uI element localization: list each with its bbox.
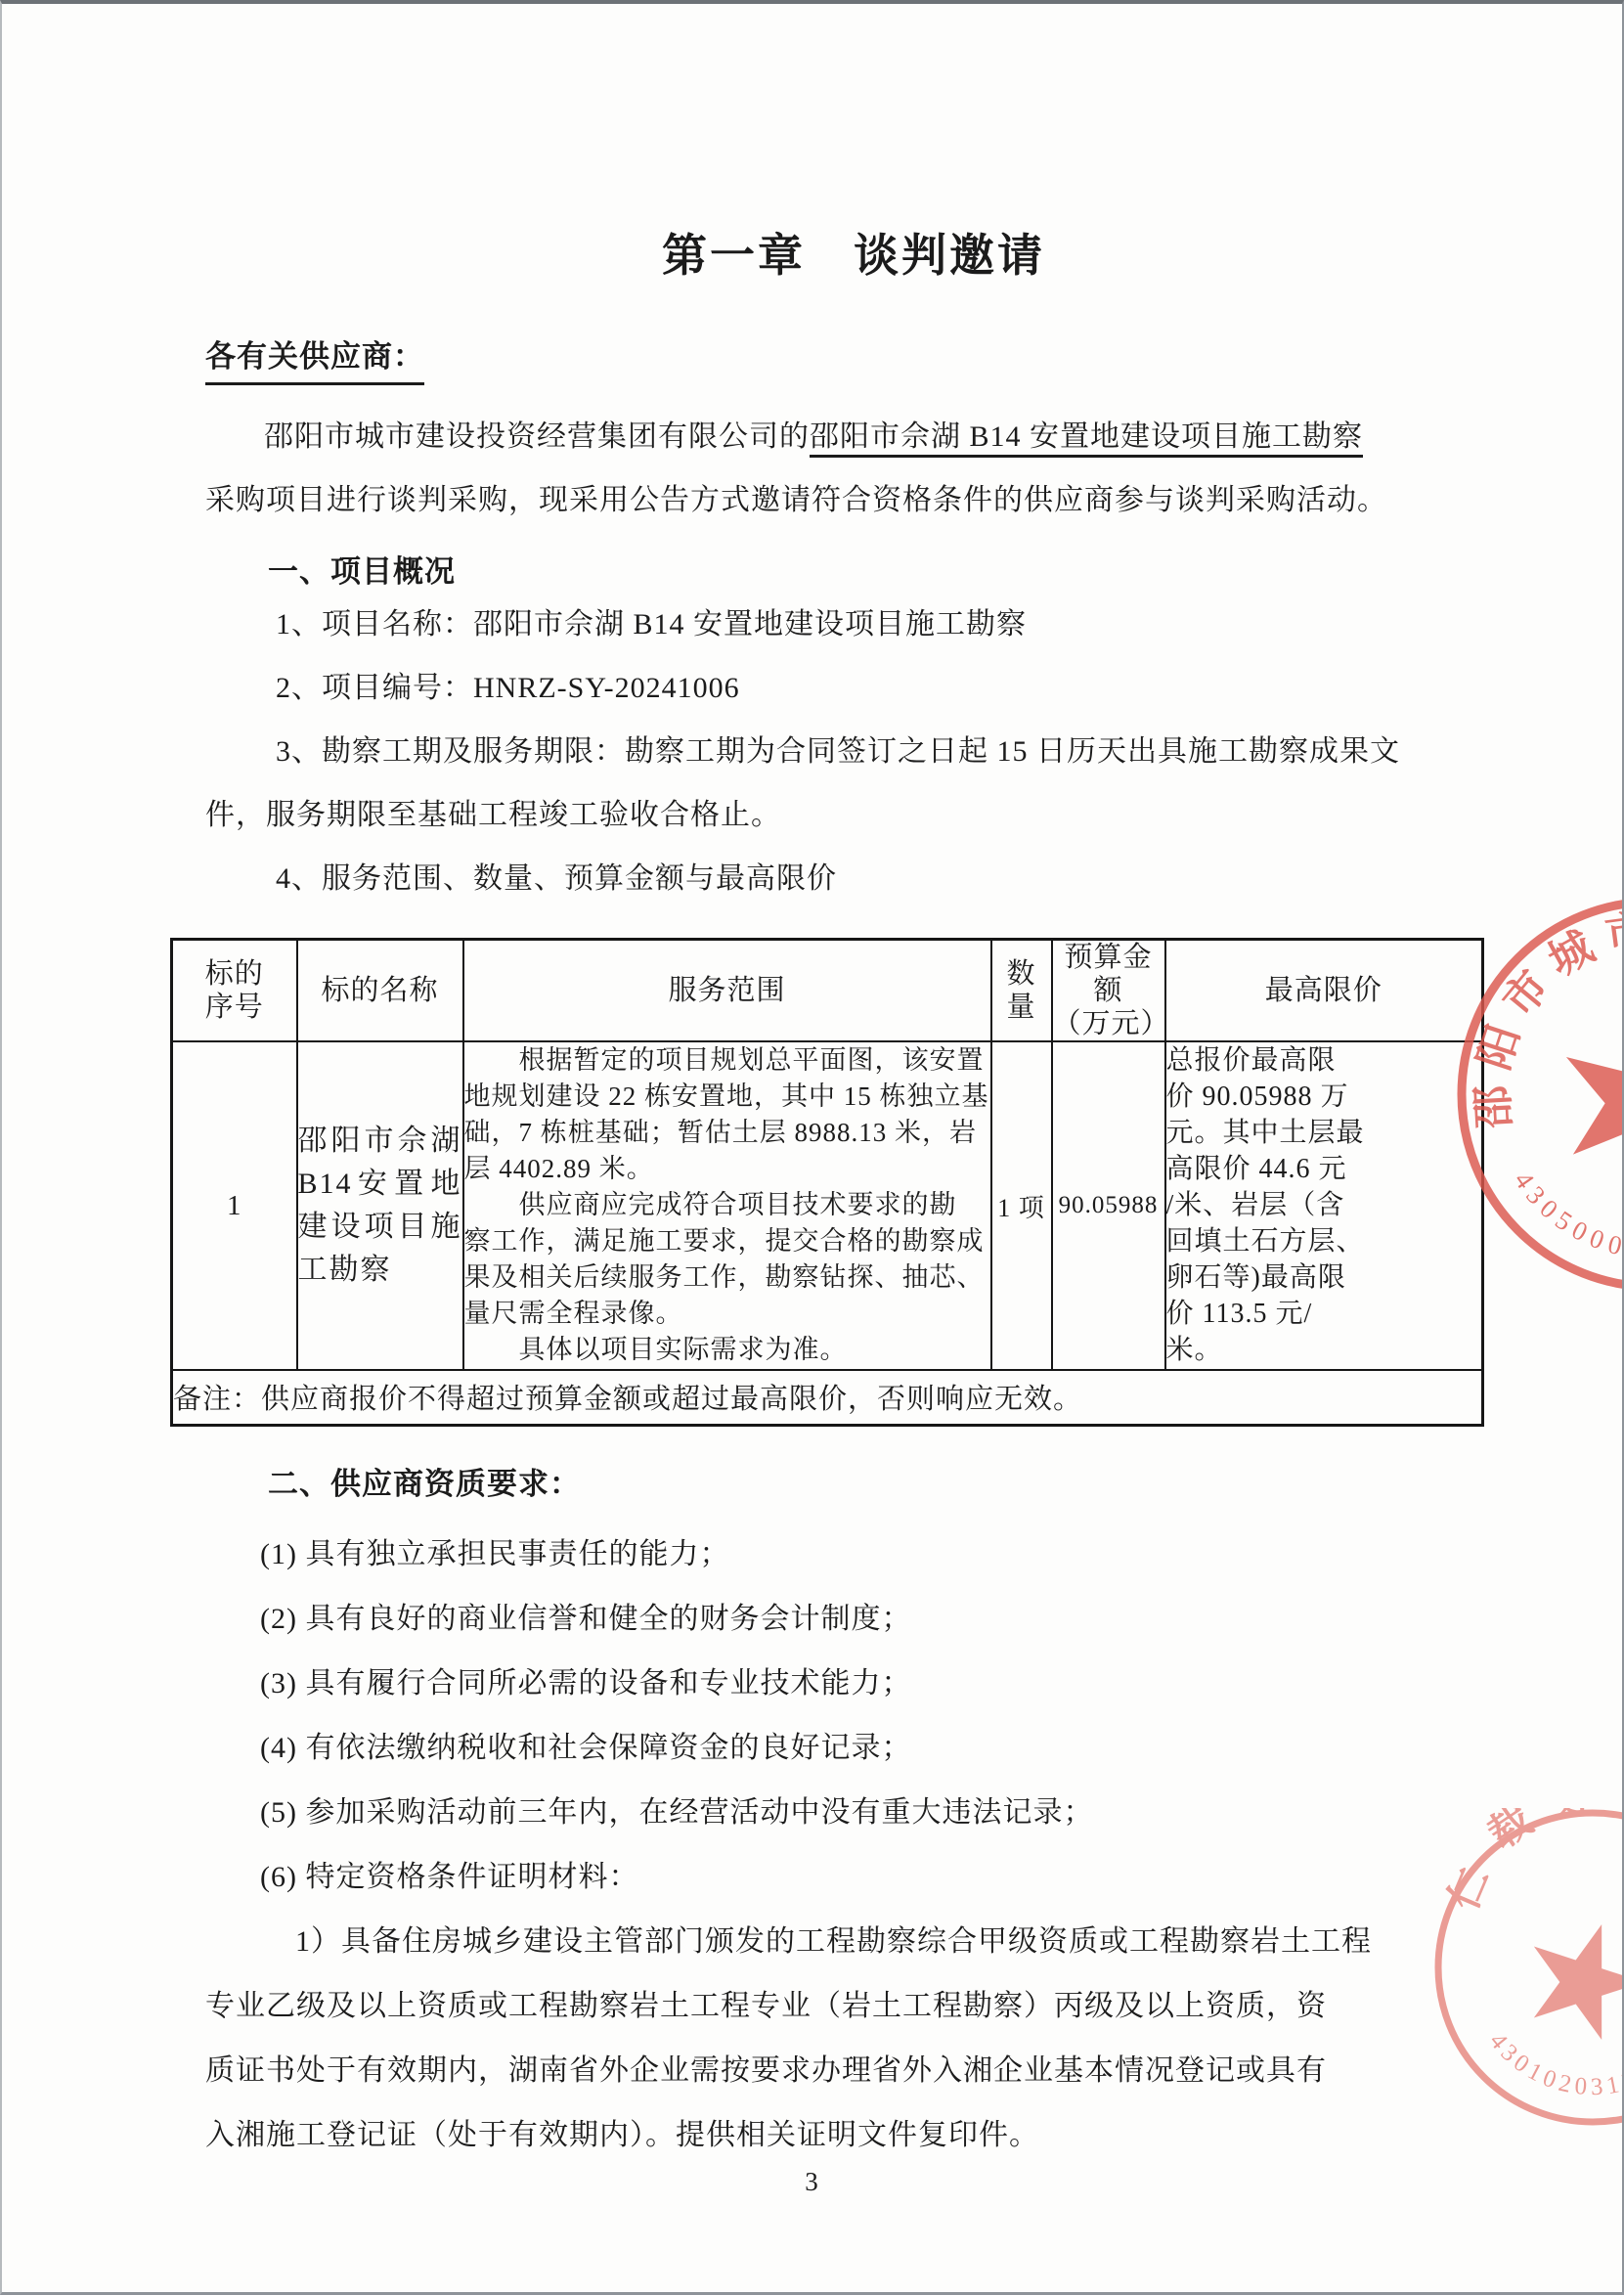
header-lot-no: 标的 序号: [172, 940, 297, 1042]
document-page: 第一章 谈判邀请 各有关供应商： 邵阳市城市建设投资经营集团有限公司的邵阳市佘湖…: [0, 0, 1624, 2295]
qualification-item-6: (6) 特定资格条件证明材料：: [205, 1845, 1502, 1910]
intro-prefix: 邵阳市城市建设投资经营集团有限公司的: [264, 420, 810, 453]
section2-heading: 二、供应商资质要求：: [205, 1464, 1502, 1505]
intro-rest: 采购项目进行谈判采购，现采用公告方式邀请符合资格条件的供应商参与谈判采购活动。: [205, 484, 1387, 516]
intro-paragraph: 邵阳市城市建设投资经营集团有限公司的邵阳市佘湖 B14 安置地建设项目施工勘察采…: [205, 405, 1502, 532]
page-number: 3: [2, 2167, 1622, 2197]
cell-lot-name: 邵阳市佘湖B14安置地建设项目施工勘察: [297, 1041, 463, 1370]
header-budget: 预算金额 （万元）: [1052, 940, 1165, 1042]
list-item-project-number: 2、项目编号：HNRZ-SY-20241006: [205, 656, 1502, 720]
svg-text:4305000111278: 4305000111278: [1509, 1167, 1624, 1265]
seal-serial-number: 4305000111278: [1509, 1167, 1624, 1265]
document-content: 第一章 谈判邀请 各有关供应商： 邵阳市城市建设投资经营集团有限公司的邵阳市佘湖…: [205, 4, 1502, 2168]
cell-service-scope: 根据暂定的项目规划总平面图，该安置 地规划建设 22 栋安置地，其中 15 栋独…: [463, 1041, 991, 1370]
salutation: 各有关供应商：: [205, 334, 424, 385]
header-lot-name: 标的名称: [297, 940, 463, 1042]
qualification-item-5: (5) 参加采购活动前三年内，在经营活动中没有重大违法记录；: [205, 1781, 1502, 1845]
list-item-scope-intro: 4、服务范围、数量、预算金额与最高限价: [205, 847, 1502, 910]
header-service-scope: 服务范围: [463, 940, 991, 1042]
table-header-row: 标的 序号 标的名称 服务范围 数 量 预算金额 （万元） 最高限价: [172, 940, 1483, 1042]
intro-project-name-underlined: 邵阳市佘湖 B14 安置地建设项目施工勘察: [810, 420, 1363, 458]
cell-lot-no: 1: [172, 1041, 297, 1370]
seal-serial-number: 4301020317060: [1484, 2028, 1624, 2100]
procurement-lots-table: 标的 序号 标的名称 服务范围 数 量 预算金额 （万元） 最高限价 1 邵阳市…: [170, 938, 1484, 1427]
header-quantity: 数 量: [991, 940, 1052, 1042]
qualification-certificate-detail: 1）具备住房城乡建设主管部门颁发的工程勘察综合甲级资质或工程勘察岩土工程 专业乙…: [205, 1910, 1502, 2168]
cell-budget: 90.05988: [1052, 1041, 1165, 1370]
svg-text:4301020317060: 4301020317060: [1484, 2028, 1624, 2100]
qualification-item-3: (3) 具有履行合同所必需的设备和专业技术能力；: [205, 1652, 1502, 1716]
section1-heading: 一、项目概况: [205, 552, 1502, 593]
table-remark-row: 备注：供应商报价不得超过预算金额或超过最高限价，否则响应无效。: [172, 1370, 1483, 1425]
list-item-project-name: 1、项目名称：邵阳市佘湖 B14 安置地建设项目施工勘察: [205, 593, 1502, 656]
salutation-row: 各有关供应商：: [205, 334, 1502, 385]
section1-list: 1、项目名称：邵阳市佘湖 B14 安置地建设项目施工勘察 2、项目编号：HNRZ…: [205, 593, 1502, 910]
cell-quantity: 1 项: [991, 1041, 1052, 1370]
qualification-item-4: (4) 有依法缴纳税收和社会保障资金的良好记录；: [205, 1716, 1502, 1781]
chapter-title: 第一章 谈判邀请: [205, 227, 1502, 286]
seal-star: [1544, 1001, 1624, 1185]
cell-price-cap: 总报价最高限 价 90.05988 万 元。其中土层最 高限价 44.6 元 /…: [1165, 1041, 1483, 1370]
qualification-item-1: (1) 具有独立承担民事责任的能力；: [205, 1523, 1502, 1587]
table-row: 1 邵阳市佘湖B14安置地建设项目施工勘察 根据暂定的项目规划总平面图，该安置 …: [172, 1041, 1483, 1370]
qualification-item-2: (2) 具有良好的商业信誉和健全的财务会计制度；: [205, 1587, 1502, 1652]
cell-remark: 备注：供应商报价不得超过预算金额或超过最高限价，否则响应无效。: [172, 1370, 1483, 1425]
header-price-cap: 最高限价: [1165, 940, 1483, 1042]
section2-list: (1) 具有独立承担民事责任的能力； (2) 具有良好的商业信誉和健全的财务会计…: [205, 1523, 1502, 2168]
list-item-survey-period: 3、勘察工期及服务期限：勘察工期为合同签订之日起 15 日历天出具施工勘察成果文…: [205, 720, 1502, 847]
seal-star: [1513, 1907, 1624, 2047]
